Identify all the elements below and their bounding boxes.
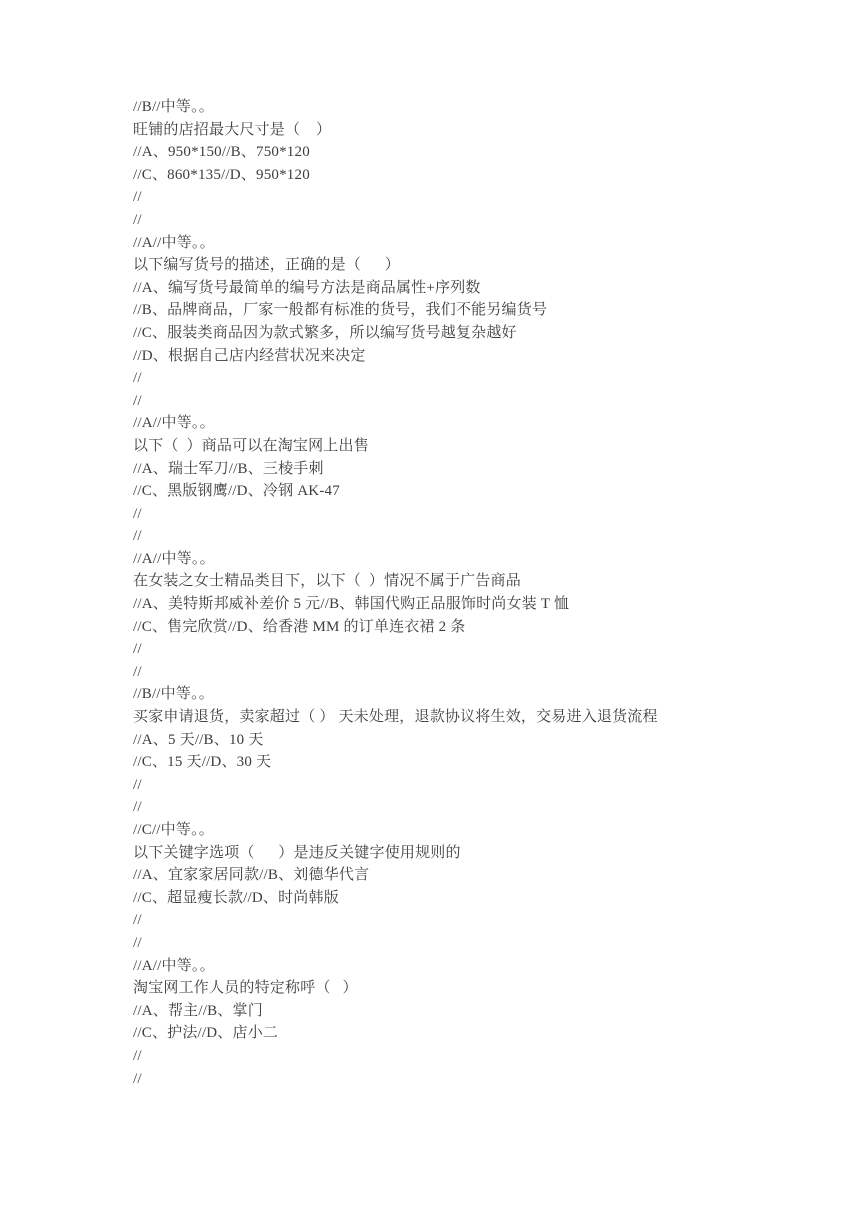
text-line: // (133, 525, 750, 548)
text-line: //A、5 天//B、10 天 (133, 729, 750, 752)
text-line: // (133, 638, 750, 661)
text-line: // (133, 209, 750, 232)
text-line: // (133, 503, 750, 526)
text-line: //B//中等。。 (133, 683, 750, 706)
text-line: //A、950*150//B、750*120 (133, 141, 750, 164)
text-line: //A//中等。。 (133, 412, 750, 435)
text-line: // (133, 367, 750, 390)
text-line: //C、黑版钢鹰//D、冷钢 AK-47 (133, 480, 750, 503)
text-line: // (133, 186, 750, 209)
text-line: //C、860*135//D、950*120 (133, 164, 750, 187)
text-line: // (133, 1068, 750, 1091)
text-line: // (133, 796, 750, 819)
text-line: 旺铺的店招最大尺寸是（ ） (133, 119, 750, 142)
text-line: //A//中等。。 (133, 955, 750, 978)
text-line: // (133, 1045, 750, 1068)
text-line: //C、服装类商品因为款式繁多，所以编写货号越复杂越好 (133, 322, 750, 345)
text-line: //C、15 天//D、30 天 (133, 751, 750, 774)
text-line: //A、帮主//B、掌门 (133, 1000, 750, 1023)
text-line: //A、宜家家居同款//B、刘德华代言 (133, 864, 750, 887)
text-line: 淘宝网工作人员的特定称呼（ ） (133, 977, 750, 1000)
text-line: //C、售完欣赏//D、给香港 MM 的订单连衣裙 2 条 (133, 616, 750, 639)
text-line: // (133, 390, 750, 413)
text-line: //A//中等。。 (133, 548, 750, 571)
text-line: //B//中等。。 (133, 96, 750, 119)
text-line: // (133, 774, 750, 797)
text-line: //A、编写货号最简单的编号方法是商品属性+序列数 (133, 277, 750, 300)
text-line: 以下关键字选项（ ）是违反关键字使用规则的 (133, 842, 750, 865)
text-line: // (133, 909, 750, 932)
text-line: // (133, 661, 750, 684)
text-line: //C//中等。。 (133, 819, 750, 842)
text-line: 在女装之女士精品类目下，以下（ ）情况不属于广告商品 (133, 570, 750, 593)
text-line: //D、根据自己店内经营状况来决定 (133, 345, 750, 368)
text-line: //A//中等。。 (133, 232, 750, 255)
text-line: //C、超显瘦长款//D、时尚韩版 (133, 887, 750, 910)
text-line: 以下（ ）商品可以在淘宝网上出售 (133, 435, 750, 458)
text-line: // (133, 932, 750, 955)
text-line: //B、品牌商品，厂家一般都有标准的货号，我们不能另编货号 (133, 299, 750, 322)
text-line: //C、护法//D、店小二 (133, 1022, 750, 1045)
text-line: //A、美特斯邦威补差价 5 元//B、韩国代购正品服饰时尚女装 T 恤 (133, 593, 750, 616)
text-line: 以下编写货号的描述，正确的是（ ） (133, 254, 750, 277)
text-line: 买家申请退货，卖家超过（ ） 天未处理，退款协议将生效，交易进入退货流程 (133, 706, 750, 729)
text-line: //A、瑞士军刀//B、三棱手刺 (133, 458, 750, 481)
document-page: //B//中等。。 旺铺的店招最大尺寸是（ ） //A、950*150//B、7… (0, 0, 860, 1216)
